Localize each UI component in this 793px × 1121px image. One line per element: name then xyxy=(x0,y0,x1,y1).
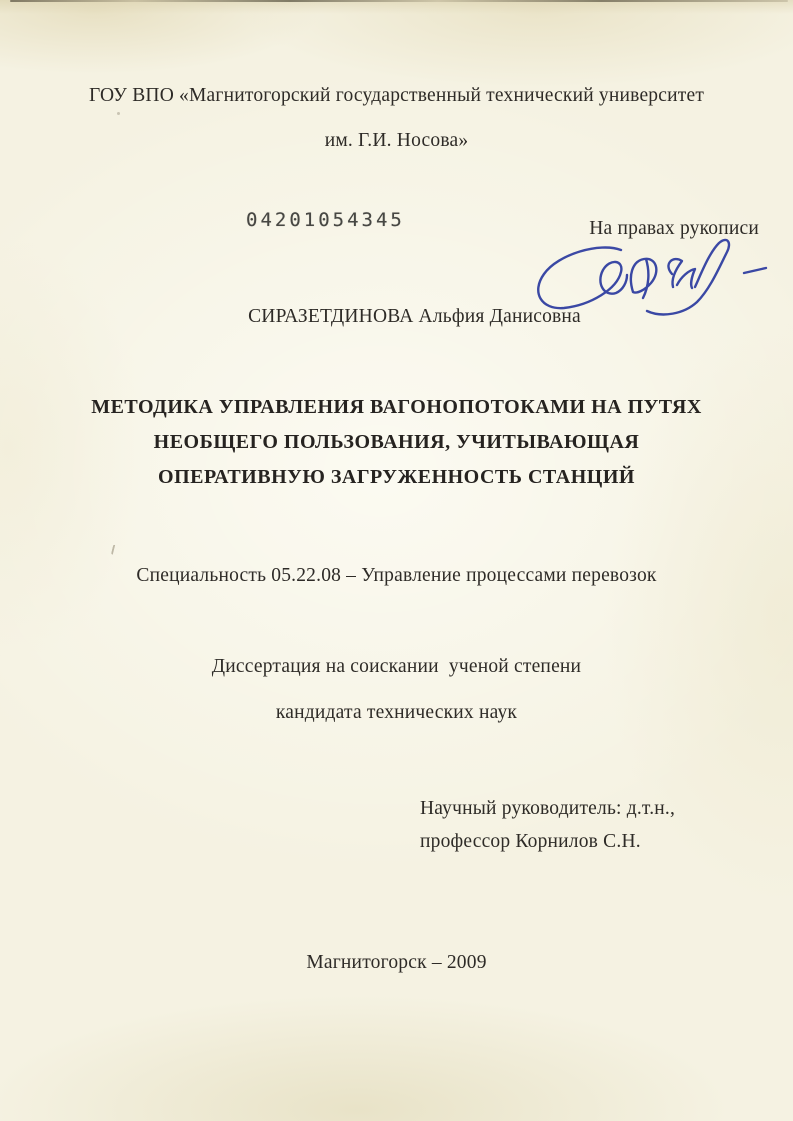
dissertation-title-line1: МЕТОДИКА УПРАВЛЕНИЯ ВАГОНОПОТОКАМИ НА ПУ… xyxy=(0,390,793,425)
dissertation-title-line3: ОПЕРАТИВНУЮ ЗАГРУЖЕННОСТЬ СТАНЦИЙ xyxy=(0,460,793,495)
signature-stroke-dash xyxy=(744,268,766,273)
supervisor-line1: Научный руководитель: д.т.н., xyxy=(420,792,675,825)
university-header-line1: ГОУ ВПО «Магнитогорский государственный … xyxy=(0,84,793,108)
specialty-line: Специальность 05.22.08 – Управление проц… xyxy=(0,564,793,588)
university-header-line2: им. Г.И. Носова» xyxy=(0,129,793,153)
supervisor-line2: профессор Корнилов С.Н. xyxy=(420,825,675,858)
author-name: СИРАЗЕТДИНОВА Альфия Данисовна xyxy=(0,305,793,329)
scan-top-shading xyxy=(0,0,793,14)
dissertation-title: МЕТОДИКА УПРАВЛЕНИЯ ВАГОНОПОТОКАМИ НА ПУ… xyxy=(0,390,793,495)
signature-stroke-flourish xyxy=(647,240,729,314)
pencil-mark xyxy=(111,545,118,556)
document-page: { "doc": { "header": { "line1": "ГОУ ВПО… xyxy=(0,0,793,1121)
signature-stroke-d xyxy=(631,259,656,298)
signature-stroke-cu xyxy=(668,259,695,288)
registration-stamp-number: 04201054345 xyxy=(246,209,405,231)
paper-speck xyxy=(117,112,120,115)
degree-statement-line1: Диссертация на соискании ученой степени xyxy=(0,655,793,679)
supervisor-block: Научный руководитель: д.т.н., профессор … xyxy=(420,792,675,858)
signature-stroke-loop xyxy=(538,247,627,308)
degree-statement-line2: кандидата технических наук xyxy=(0,701,793,725)
city-year: Магнитогорск – 2009 xyxy=(0,951,793,975)
scan-edge-artifact xyxy=(10,0,788,2)
dissertation-title-line2: НЕОБЩЕГО ПОЛЬЗОВАНИЯ, УЧИТЫВАЮЩАЯ xyxy=(0,425,793,460)
